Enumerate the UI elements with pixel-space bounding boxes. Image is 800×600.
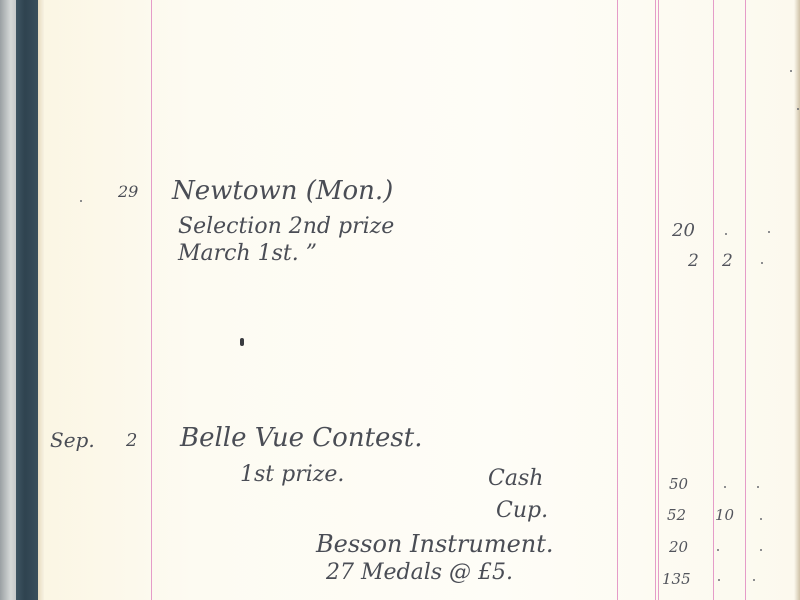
shillings-column-rule bbox=[713, 0, 714, 600]
ink-blot bbox=[240, 338, 244, 346]
amount-pounds: 20 bbox=[672, 220, 695, 241]
entry-line-medals: 27 Medals @ £5. bbox=[326, 560, 513, 585]
pence-column-rule bbox=[745, 0, 746, 600]
amount-shillings-nil bbox=[718, 579, 720, 581]
entry-line-cup: Cup. bbox=[496, 498, 548, 523]
book-binding bbox=[16, 0, 38, 600]
entry-line-first-prize: 1st prize. bbox=[240, 462, 344, 487]
amount-pounds: 52 bbox=[667, 506, 686, 524]
date-column-rule bbox=[151, 0, 152, 600]
amount-shillings-nil bbox=[717, 549, 719, 551]
pounds-column-rule-left bbox=[655, 0, 656, 600]
amount-pence-nil bbox=[761, 262, 763, 264]
amount-shillings: 10 bbox=[715, 506, 734, 524]
amount-pence-nil bbox=[768, 231, 770, 233]
margin-mark bbox=[797, 108, 799, 110]
amount-shillings-nil bbox=[724, 486, 726, 488]
entry-title: Newtown (Mon.) bbox=[172, 176, 393, 206]
amount-shillings: 2 bbox=[722, 251, 733, 271]
margin-mark bbox=[790, 70, 792, 72]
entry-line-selection: Selection 2nd prize bbox=[178, 214, 394, 239]
amount-pence-nil bbox=[760, 518, 762, 520]
pounds-column-rule-left-2 bbox=[658, 0, 659, 600]
amount-shillings-nil bbox=[725, 233, 727, 235]
amount-pounds: 50 bbox=[669, 475, 688, 493]
entry-date-month: Sep. bbox=[50, 428, 95, 452]
entry-line-march: March 1st. ” bbox=[178, 241, 317, 266]
amount-pence-nil bbox=[760, 549, 762, 551]
amount-pounds: 135 bbox=[662, 570, 691, 588]
amount-pence-nil bbox=[753, 579, 755, 581]
amount-pence-nil bbox=[757, 486, 759, 488]
entry-line-cash: Cash bbox=[488, 466, 543, 491]
entry-date-day: 29 bbox=[118, 182, 138, 201]
entry-line-besson-instrument: Besson Instrument. bbox=[316, 530, 554, 558]
ledger-page bbox=[44, 0, 800, 600]
page-right-edge bbox=[794, 0, 800, 600]
amount-pounds: 2 bbox=[688, 251, 699, 271]
margin-mark bbox=[80, 200, 82, 202]
entry-date-day: 2 bbox=[126, 430, 137, 451]
entry-title: Belle Vue Contest. bbox=[180, 423, 422, 453]
amount-pounds: 20 bbox=[669, 538, 688, 556]
description-column-rule bbox=[617, 0, 618, 600]
